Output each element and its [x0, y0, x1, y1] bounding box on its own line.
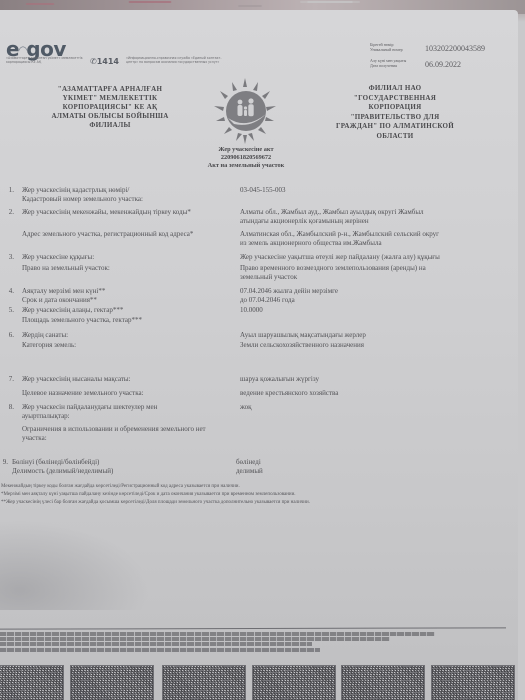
item-label-kz: Бөлінуі (бөлінеді/бөлінбейді): [12, 458, 99, 467]
qr-code-strip: [0, 665, 525, 700]
organization-kz: "АЗАМАТТАРҒА АРНАЛҒАН ҮКІМЕТ" МЕМЛЕКЕТТІ…: [30, 85, 190, 130]
date-received-label: Алу күні мен уақыты Дата получения: [370, 59, 406, 68]
restrictions-kz: жоқ: [240, 403, 510, 412]
item-label-ru: Целевое назначение земельного участка:: [22, 389, 144, 398]
item-label-ru: Ограничения в использовании и обременени…: [22, 425, 262, 443]
footnote: Мекенжайдың тіркеу коды болған жағдайда …: [1, 483, 521, 491]
item-label-ru: Делимость (делимый/неделимый): [12, 467, 113, 476]
item-label-ru: Кадастровый номер земельного участка:: [22, 195, 143, 204]
item-label-ru: Право на земельный участок:: [22, 264, 110, 273]
phone-number: ✆1414: [90, 57, 119, 66]
item-number: 2.: [4, 208, 14, 216]
egov-tagline: «Азаматтарға арналған үкімет» мемлекетті…: [6, 56, 92, 64]
item-number: 6.: [4, 331, 14, 339]
qr-code: [70, 665, 154, 700]
footnote: *Мерзімі мен аяқталу күні уақытша пайдал…: [1, 491, 521, 499]
date-received: 06.09.2022: [425, 60, 461, 69]
divisibility-ru: делимый: [236, 467, 506, 476]
land-category-ru: Земли сельскохозяйственного назначения: [240, 341, 510, 350]
item-label-kz: Жер учаскесінің нысаналы мақсаты:: [22, 375, 131, 384]
item-label-kz: Жер учаскесінің мекенжайы, мекенжайдың т…: [22, 208, 191, 217]
item-number: 7.: [4, 375, 14, 383]
purpose-ru: ведение крестьянского хозяйства: [240, 389, 510, 398]
qr-code: [252, 665, 336, 700]
sun-family-emblem-icon: [212, 78, 278, 148]
item-number: 3.: [4, 253, 14, 261]
purpose-kz: шаруа қожалығын жүргізу: [240, 375, 510, 384]
phone-description: «Информационно-справочная служба «Единый…: [126, 56, 226, 64]
item-number: 9.: [0, 458, 8, 466]
end-date-ru: до 07.04.2046 года: [240, 296, 510, 305]
land-right-ru: Право временного возмездного землепользо…: [240, 264, 510, 282]
land-right-kz: Жер учаскесіне уақытша өтеулі жер пайдал…: [240, 253, 510, 262]
qr-code: [341, 665, 425, 700]
item-label-kz: Жер учаскесінің кадастрлық нөмірі/: [22, 186, 129, 195]
item-number: 1.: [4, 186, 14, 194]
qr-code: [162, 665, 246, 700]
qr-code: [0, 665, 64, 700]
item-label-kz: Жер учаскесінің алаңы, гектар***: [22, 306, 123, 315]
item-number: 5.: [4, 306, 14, 314]
item-number: 8.: [4, 403, 14, 411]
item-label-ru: Адрес земельного участка, регистрационны…: [22, 230, 193, 239]
item-label-kz: Жер учаскесін пайдаланудағы шектеулер ме…: [22, 403, 157, 421]
address-ru: Алматинская обл., Жамбылский р-н., Жамбы…: [240, 230, 510, 248]
end-date-kz: 07.04.2046 жылға дейін мерзімге: [240, 287, 510, 296]
legal-fineprint: [0, 632, 440, 653]
organization-ru: ФИЛИАЛ НАО "ГОСУДАРСТВЕННАЯ КОРПОРАЦИЯ "…: [320, 84, 470, 141]
act-title: Жер учаскесіне акт 2209061820569672 Акт …: [178, 146, 314, 170]
footnote: **Жер учаскесінің үлесі бар болған жағда…: [1, 499, 521, 507]
unique-number: 103202200043589: [425, 44, 485, 53]
item-label-ru: Площадь земельного участка, гектар***: [22, 316, 142, 325]
act-number: 2209061820569672: [178, 154, 314, 162]
unique-number-label: Бірегей нөмір Уникальный номер: [370, 43, 403, 52]
item-label-ru: Категория земель:: [22, 341, 76, 350]
item-label-ru: Срок и дата окончания**: [22, 296, 97, 305]
item-number: 4.: [4, 287, 14, 295]
divisibility-kz: бөлінеді: [236, 458, 506, 467]
qr-code: [431, 665, 515, 700]
cadastral-number: 03-045-155-003: [240, 186, 510, 195]
area-hectares: 10.0000: [240, 306, 510, 315]
land-category-kz: Ауыл шаруашылық мақсатындағы жерлер: [240, 331, 510, 340]
phone-icon: ✆: [90, 57, 97, 66]
item-label-kz: Жердің санаты:: [22, 331, 68, 340]
item-label-kz: Жер учаскесіне құқығы:: [22, 253, 94, 262]
address-kz: Алматы обл., Жамбыл ауд., Жамбыл ауылдық…: [240, 208, 510, 226]
item-label-kz: Аяқталу мерзімі мен күні**: [22, 287, 105, 296]
